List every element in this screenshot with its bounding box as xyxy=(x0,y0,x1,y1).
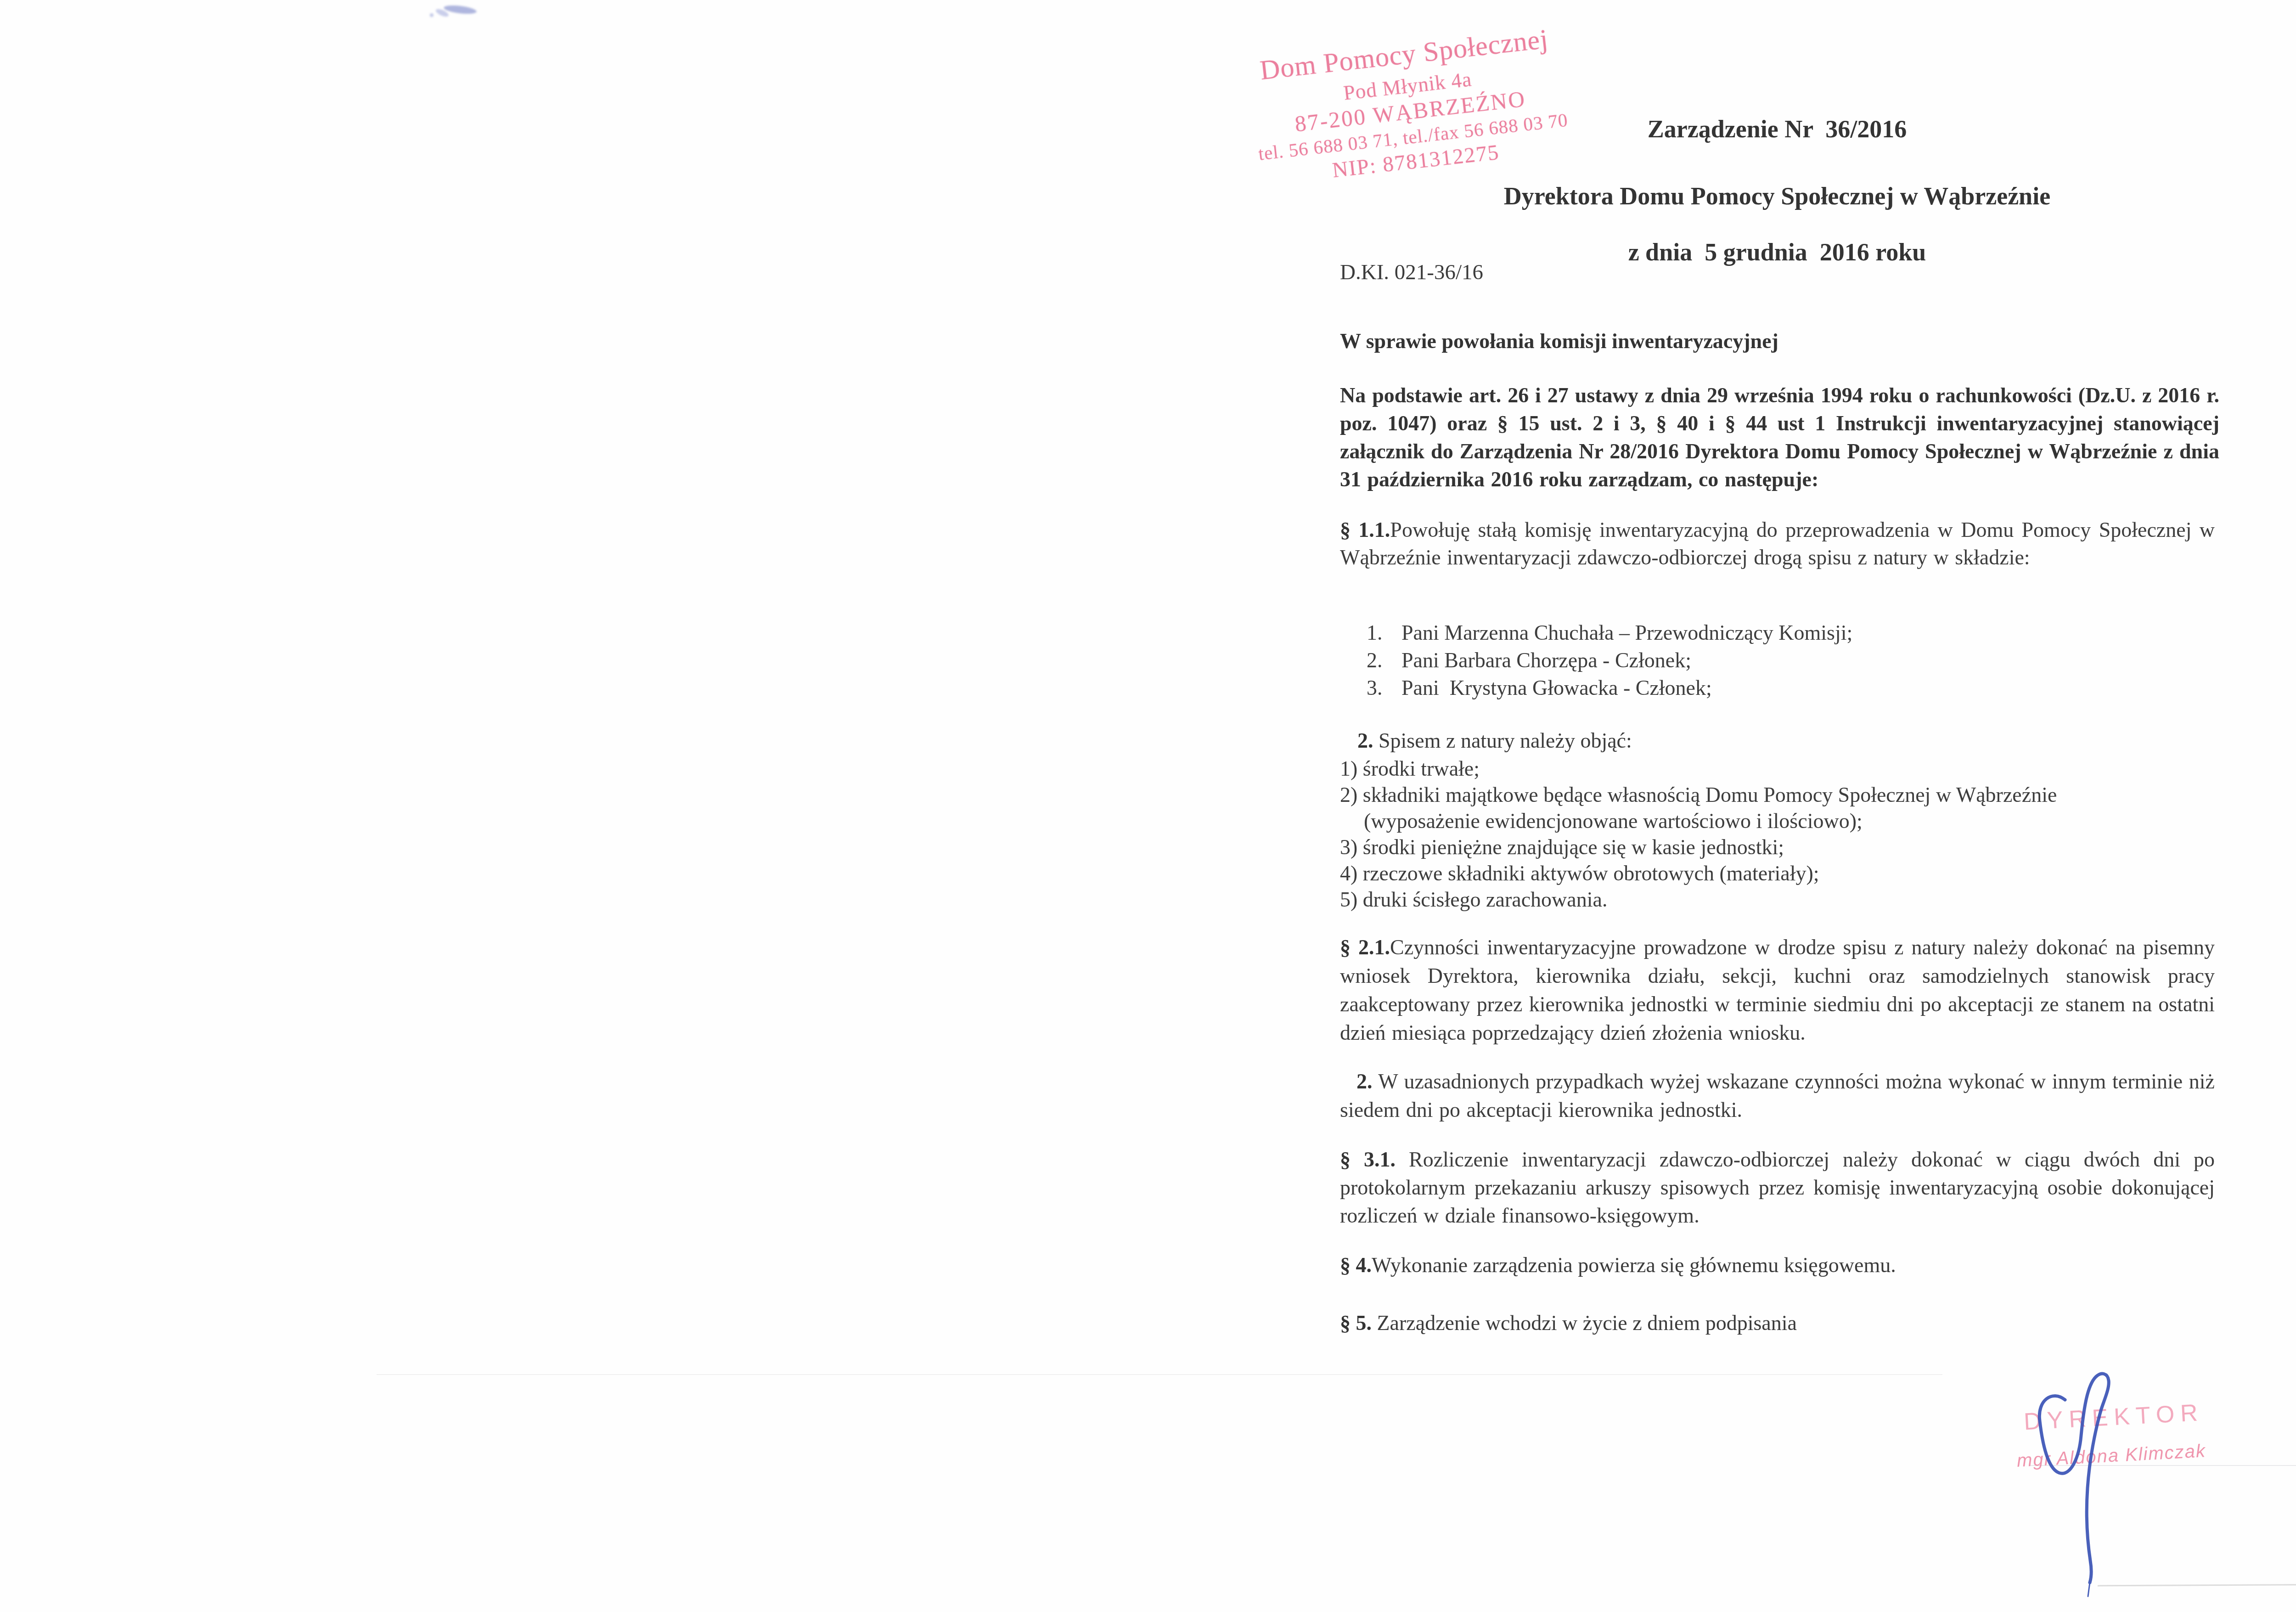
section-2-intro-text: Spisem z natury należy objąć: xyxy=(1373,729,1632,752)
section-21-paragraph: § 2.1.Czynności inwentaryzacyjne prowadz… xyxy=(1340,933,2215,1047)
committee-item: 3. Pani Krystyna Głowacka - Członek; xyxy=(1367,674,2175,702)
committee-item-text: Pani Barbara Chorzępa - Członek; xyxy=(1401,647,1691,674)
section-31-paragraph: § 3.1. Rozliczenie inwentaryzacji zdawcz… xyxy=(1340,1145,2215,1229)
scan-edge-line-bottom xyxy=(2098,1584,2296,1587)
committee-item: 1. Pani Marzenna Chuchała – Przewodniczą… xyxy=(1367,619,2175,647)
scanned-page: Dom Pomocy Społecznej Pod Młynik 4a 87-2… xyxy=(0,0,2296,1612)
committee-item-number: 3. xyxy=(1367,674,1401,702)
committee-item-text: Pani Krystyna Głowacka - Członek; xyxy=(1401,674,1712,702)
scope-item: 5) druki ścisłego zarachowania. xyxy=(1340,886,2215,913)
section-5-prefix: § 5. xyxy=(1340,1311,1372,1335)
section-31-body: Rozliczenie inwentaryzacji zdawczo-odbio… xyxy=(1340,1148,2215,1227)
section-2-intro: 2. Spisem z natury należy objąć: xyxy=(1340,728,1632,753)
committee-item-number: 2. xyxy=(1367,647,1401,674)
section-22-prefix: 2. xyxy=(1356,1070,1373,1093)
section-4-line: § 4.Wykonanie zarządzenia powierza się g… xyxy=(1340,1253,1896,1277)
director-name-stamp: mgr Aldona Klimczak xyxy=(2015,1441,2208,1471)
section-4-body: Wykonanie zarządzenia powierza się główn… xyxy=(1372,1253,1896,1277)
institution-ink-stamp: Dom Pomocy Społecznej Pod Młynik 4a 87-2… xyxy=(1210,17,1609,195)
ink-smudge xyxy=(430,4,477,18)
section-5-line: § 5. Zarządzenie wchodzi w życie z dniem… xyxy=(1340,1311,1797,1335)
committee-item: 2. Pani Barbara Chorzępa - Członek; xyxy=(1367,647,2175,674)
reference-number: D.KI. 021-36/16 xyxy=(1340,260,1483,285)
section-31-prefix: § 3.1. xyxy=(1340,1148,1396,1171)
committee-item-text: Pani Marzenna Chuchała – Przewodniczący … xyxy=(1401,619,1852,647)
section-2-prefix: 2. xyxy=(1357,729,1373,752)
scope-item: 4) rzeczowe składniki aktywów obrotowych… xyxy=(1340,860,2215,886)
section-21-prefix: § 2.1. xyxy=(1340,936,1390,959)
section-4-prefix: § 4. xyxy=(1340,1253,1372,1277)
section-5-body: Zarządzenie wchodzi w życie z dniem podp… xyxy=(1372,1311,1797,1335)
subject-line: W sprawie powołania komisji inwentaryzac… xyxy=(1340,329,1778,353)
section-1-body: Powołuję stałą komisję inwentaryzacyjną … xyxy=(1340,518,2215,569)
legal-basis-paragraph: Na podstawie art. 26 i 27 ustawy z dnia … xyxy=(1340,381,2219,493)
section-21-body: Czynności inwentaryzacyjne prowadzone w … xyxy=(1340,936,2215,1044)
scope-item: 1) środki trwałe; xyxy=(1340,755,2215,782)
section-1-paragraph: § 1.1.Powołuję stałą komisję inwentaryza… xyxy=(1340,516,2215,571)
committee-list: 1. Pani Marzenna Chuchała – Przewodniczą… xyxy=(1367,619,2175,702)
section-22-body: W uzasadnionych przypadkach wyżej wskaza… xyxy=(1340,1070,2215,1122)
scope-item: 3) środki pieniężne znajdujące się w kas… xyxy=(1340,834,2215,860)
inventory-scope-list: 1) środki trwałe; 2) składniki majątkowe… xyxy=(1340,755,2215,913)
section-1-prefix: § 1.1. xyxy=(1340,518,1390,541)
document-title: Zarządzenie Nr 36/2016 xyxy=(1341,115,2213,143)
scope-item: 2) składniki majątkowe będące własnością… xyxy=(1340,782,2215,808)
section-22-paragraph: 2. W uzasadnionych przypadkach wyżej wsk… xyxy=(1340,1067,2215,1124)
director-role-stamp: DYREKTOR xyxy=(2010,1398,2218,1436)
committee-item-number: 1. xyxy=(1367,619,1401,647)
document-issuer: Dyrektora Domu Pomocy Społecznej w Wąbrz… xyxy=(1341,182,2213,210)
scope-item-continuation: (wyposażenie ewidencjonowane wartościowo… xyxy=(1340,808,2215,834)
scan-edge-line-left xyxy=(377,1374,1942,1375)
